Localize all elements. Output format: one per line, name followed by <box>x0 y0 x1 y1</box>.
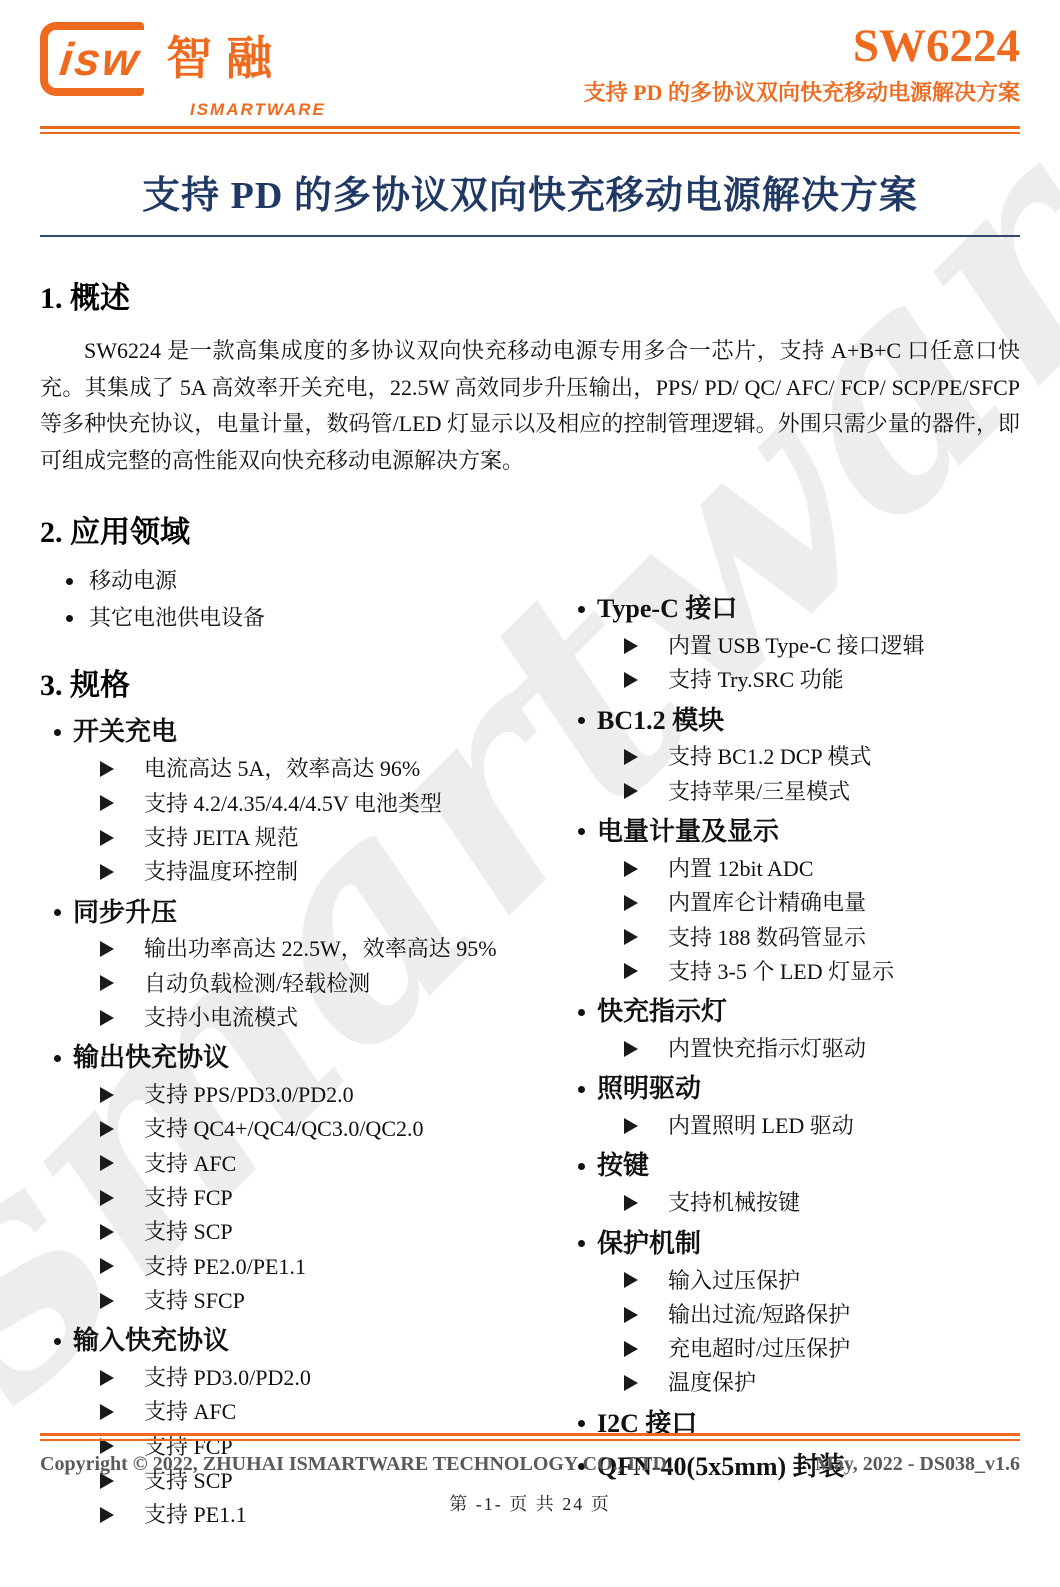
arrow-bullet-icon <box>624 1041 638 1057</box>
application-item-label: 其它电池供电设备 <box>89 606 265 630</box>
arrow-bullet-icon <box>100 1224 114 1240</box>
spec-item: 支持 4.2/4.35/4.4/4.5V 电池类型 <box>40 791 564 816</box>
dot-bullet-icon <box>578 1240 585 1247</box>
spec-item: 支持 AFC <box>40 1151 564 1176</box>
spec-item: 支持 Try.SRC 功能 <box>564 667 1020 692</box>
dot-bullet-icon <box>54 729 61 736</box>
ismartware-logo: isw 智融 ISMARTWARE <box>40 22 326 120</box>
divider-line-thick <box>40 1433 1020 1436</box>
spec-group-title-label: 按键 <box>597 1151 649 1181</box>
spec-group: 同步升压输出功率高达 22.5W，效率高达 95%自动负载检测/轻载检测支持小电… <box>40 898 564 1031</box>
spec-group-title: 同步升压 <box>40 898 564 928</box>
page-footer: Copyright © 2022, ZHUHAI ISMARTWARE TECH… <box>0 1433 1060 1528</box>
spec-item: 温度保护 <box>564 1370 1020 1395</box>
arrow-bullet-icon <box>100 1293 114 1309</box>
dot-bullet-icon <box>66 578 73 585</box>
spec-group: Type-C 接口内置 USB Type-C 接口逻辑支持 Try.SRC 功能 <box>564 594 1020 692</box>
arrow-bullet-icon <box>624 1375 638 1391</box>
two-column-layout: 2. 应用领域 移动电源其它电池供电设备 3. 规格 开关充电电流高达 5A，效… <box>40 493 1020 1528</box>
title-divider <box>40 235 1020 237</box>
overview-heading: 1. 概述 <box>40 273 1020 317</box>
spec-item: 支持温度环控制 <box>40 859 564 884</box>
spec-group: 输出快充协议支持 PPS/PD3.0/PD2.0支持 QC4+/QC4/QC3.… <box>40 1043 564 1313</box>
spec-item-label: 温度保护 <box>668 1370 756 1395</box>
spec-item: 支持 PD3.0/PD2.0 <box>40 1365 564 1390</box>
spec-item-label: 内置快充指示灯驱动 <box>668 1036 866 1061</box>
applications-heading: 2. 应用领域 <box>40 507 564 551</box>
divider-line-thin <box>40 132 1020 134</box>
spec-item-label: 支持 QC4+/QC4/QC3.0/QC2.0 <box>144 1116 424 1141</box>
spec-item-label: 支持 SFCP <box>144 1288 245 1313</box>
arrow-bullet-icon <box>624 1307 638 1323</box>
spec-item: 电流高达 5A，效率高达 96% <box>40 756 564 781</box>
spec-item-label: 支持苹果/三星模式 <box>668 779 850 804</box>
spec-item: 支持小电流模式 <box>40 1005 564 1030</box>
application-item: 移动电源 <box>40 569 564 593</box>
arrow-bullet-icon <box>624 783 638 799</box>
dot-bullet-icon <box>54 909 61 916</box>
spec-item: 自动负载检测/轻载检测 <box>40 971 564 996</box>
spec-item-label: 支持 PD3.0/PD2.0 <box>144 1365 311 1390</box>
overview-paragraph: SW6224 是一款高集成度的多协议双向快充移动电源专用多合一芯片，支持 A+B… <box>40 333 1020 479</box>
spec-item: 支持 AFC <box>40 1399 564 1424</box>
arrow-bullet-icon <box>624 1272 638 1288</box>
header-right: SW6224 支持 PD 的多协议双向快充移动电源解决方案 <box>584 22 1020 110</box>
spec-group-title-label: 同步升压 <box>73 898 177 928</box>
dot-bullet-icon <box>578 1086 585 1093</box>
arrow-bullet-icon <box>624 1195 638 1211</box>
application-item-label: 移动电源 <box>89 569 177 593</box>
spec-item: 内置 12bit ADC <box>564 856 1020 881</box>
spec-item-label: 内置 12bit ADC <box>668 856 813 881</box>
spec-item: 充电超时/过压保护 <box>564 1336 1020 1361</box>
spec-item-label: 支持 AFC <box>144 1151 236 1176</box>
application-item: 其它电池供电设备 <box>40 606 564 630</box>
spec-item-label: 输入过压保护 <box>668 1268 800 1293</box>
arrow-bullet-icon <box>100 1404 114 1420</box>
spec-group-title: 输入快充协议 <box>40 1326 564 1356</box>
spec-group-title: 电量计量及显示 <box>564 817 1020 847</box>
spec-group-title-label: 输入快充协议 <box>73 1326 229 1356</box>
spec-group-title: 保护机制 <box>564 1229 1020 1259</box>
arrow-bullet-icon <box>100 830 114 846</box>
document-title: 支持 PD 的多协议双向快充移动电源解决方案 <box>40 164 1020 219</box>
spec-item-label: 内置 USB Type-C 接口逻辑 <box>668 633 925 658</box>
spec-group: 电量计量及显示内置 12bit ADC内置库仑计精确电量支持 188 数码管显示… <box>564 817 1020 984</box>
specs-right-groups: Type-C 接口内置 USB Type-C 接口逻辑支持 Try.SRC 功能… <box>564 594 1020 1481</box>
page-header: isw 智融 ISMARTWARE SW6224 支持 PD 的多协议双向快充移… <box>0 0 1060 120</box>
left-column: 2. 应用领域 移动电源其它电池供电设备 3. 规格 开关充电电流高达 5A，效… <box>40 493 564 1528</box>
spec-item-label: 支持 FCP <box>144 1185 233 1210</box>
spec-group: BC1.2 模块支持 BC1.2 DCP 模式支持苹果/三星模式 <box>564 706 1020 804</box>
spec-item-label: 支持温度环控制 <box>144 859 298 884</box>
specs-heading: 3. 规格 <box>40 660 564 704</box>
spec-item-label: 充电超时/过压保护 <box>668 1336 850 1361</box>
spec-item-label: 内置照明 LED 驱动 <box>668 1113 854 1138</box>
arrow-bullet-icon <box>624 963 638 979</box>
spec-group-title-label: 快充指示灯 <box>597 997 727 1027</box>
arrow-bullet-icon <box>624 1118 638 1134</box>
spec-group-title-label: 开关充电 <box>73 717 177 747</box>
dot-bullet-icon <box>578 1420 585 1427</box>
arrow-bullet-icon <box>100 864 114 880</box>
spec-item-label: 支持 3-5 个 LED 灯显示 <box>668 959 894 984</box>
dot-bullet-icon <box>578 606 585 613</box>
dot-bullet-icon <box>54 1338 61 1345</box>
divider-line-thin <box>40 1439 1020 1441</box>
spec-item-label: 支持小电流模式 <box>144 1005 298 1030</box>
dot-bullet-icon <box>66 615 73 622</box>
spec-group-title: 快充指示灯 <box>564 997 1020 1027</box>
spec-item-label: 内置库仑计精确电量 <box>668 890 866 915</box>
spec-group-title-label: 保护机制 <box>597 1229 701 1259</box>
spec-group: 按键支持机械按键 <box>564 1151 1020 1215</box>
copyright-text: Copyright © 2022, ZHUHAI ISMARTWARE TECH… <box>40 1453 672 1476</box>
arrow-bullet-icon <box>624 1341 638 1357</box>
spec-item: 内置 USB Type-C 接口逻辑 <box>564 633 1020 658</box>
spec-item-label: 支持 AFC <box>144 1399 236 1424</box>
spec-group-title-label: Type-C 接口 <box>597 594 737 624</box>
spec-item: 输出功率高达 22.5W，效率高达 95% <box>40 936 564 961</box>
spec-group-title: BC1.2 模块 <box>564 706 1020 736</box>
spec-group-title: 按键 <box>564 1151 1020 1181</box>
spec-item: 支持 SCP <box>40 1219 564 1244</box>
spec-item: 支持 PE2.0/PE1.1 <box>40 1254 564 1279</box>
spec-item-label: 输出功率高达 22.5W，效率高达 95% <box>144 936 497 961</box>
spec-item-label: 支持 188 数码管显示 <box>668 925 866 950</box>
spec-group-title: 开关充电 <box>40 717 564 747</box>
dot-bullet-icon <box>54 1055 61 1062</box>
spec-item-label: 支持 PPS/PD3.0/PD2.0 <box>144 1082 354 1107</box>
arrow-bullet-icon <box>100 1155 114 1171</box>
header-divider <box>40 126 1020 134</box>
footer-divider <box>40 1433 1020 1441</box>
arrow-bullet-icon <box>100 941 114 957</box>
part-number: SW6224 <box>584 22 1020 71</box>
arrow-bullet-icon <box>100 1087 114 1103</box>
spec-item-label: 电流高达 5A，效率高达 96% <box>144 756 420 781</box>
specs-left-groups: 开关充电电流高达 5A，效率高达 96%支持 4.2/4.35/4.4/4.5V… <box>40 717 564 1527</box>
spec-item-label: 支持机械按键 <box>668 1190 800 1215</box>
arrow-bullet-icon <box>100 1258 114 1274</box>
spec-group: 快充指示灯内置快充指示灯驱动 <box>564 997 1020 1061</box>
page-indicator: 第 -1- 页 共 24 页 <box>40 1490 1020 1516</box>
arrow-bullet-icon <box>624 861 638 877</box>
logo-bracket-icon: isw <box>40 22 144 96</box>
spec-item: 支持 BC1.2 DCP 模式 <box>564 744 1020 769</box>
spec-item-label: 支持 4.2/4.35/4.4/4.5V 电池类型 <box>144 791 442 816</box>
applications-list: 移动电源其它电池供电设备 <box>40 569 564 630</box>
logo-english-name: ISMARTWARE <box>190 100 326 120</box>
arrow-bullet-icon <box>100 1010 114 1026</box>
dot-bullet-icon <box>578 1009 585 1016</box>
spec-item: 支持 188 数码管显示 <box>564 925 1020 950</box>
spec-group-title: 输出快充协议 <box>40 1043 564 1073</box>
spec-item: 支持 QC4+/QC4/QC3.0/QC2.0 <box>40 1116 564 1141</box>
spec-item: 支持苹果/三星模式 <box>564 779 1020 804</box>
section-overview: 1. 概述 SW6224 是一款高集成度的多协议双向快充移动电源专用多合一芯片，… <box>40 273 1020 479</box>
dot-bullet-icon <box>578 828 585 835</box>
spec-item-label: 支持 PE2.0/PE1.1 <box>144 1254 306 1279</box>
spec-item: 支持 FCP <box>40 1185 564 1210</box>
spec-item: 支持 SFCP <box>40 1288 564 1313</box>
spec-group-title-label: 照明驱动 <box>597 1074 701 1104</box>
arrow-bullet-icon <box>100 795 114 811</box>
logo-isw-text: isw <box>58 36 143 82</box>
spec-item-label: 支持 BC1.2 DCP 模式 <box>668 744 871 769</box>
right-column: Type-C 接口内置 USB Type-C 接口逻辑支持 Try.SRC 功能… <box>564 493 1020 1528</box>
spec-group-title: 照明驱动 <box>564 1074 1020 1104</box>
spec-item: 输入过压保护 <box>564 1268 1020 1293</box>
datasheet-page: ismartware isw 智融 ISMARTWARE SW6224 支持 P… <box>0 0 1060 1587</box>
spec-item-label: 自动负载检测/轻载检测 <box>144 971 370 996</box>
arrow-bullet-icon <box>624 895 638 911</box>
footer-row: Copyright © 2022, ZHUHAI ISMARTWARE TECH… <box>40 1453 1020 1476</box>
header-tagline: 支持 PD 的多协议双向快充移动电源解决方案 <box>584 76 1020 110</box>
arrow-bullet-icon <box>100 1190 114 1206</box>
arrow-bullet-icon <box>100 761 114 777</box>
dot-bullet-icon <box>578 1163 585 1170</box>
arrow-bullet-icon <box>100 1121 114 1137</box>
spec-item: 支持 3-5 个 LED 灯显示 <box>564 959 1020 984</box>
spec-group-title-label: BC1.2 模块 <box>597 706 724 736</box>
arrow-bullet-icon <box>624 638 638 654</box>
logo-chinese-name: 智融 <box>166 36 286 82</box>
doc-version: May, 2022 - DS038_v1.6 <box>815 1453 1020 1476</box>
logo-row: isw 智融 <box>40 22 326 96</box>
spec-item: 支持机械按键 <box>564 1190 1020 1215</box>
spec-group-title-label: 输出快充协议 <box>73 1043 229 1073</box>
spec-item: 支持 JEITA 规范 <box>40 825 564 850</box>
divider-line-thick <box>40 126 1020 129</box>
spec-group: 开关充电电流高达 5A，效率高达 96%支持 4.2/4.35/4.4/4.5V… <box>40 717 564 884</box>
arrow-bullet-icon <box>100 975 114 991</box>
spec-item: 内置照明 LED 驱动 <box>564 1113 1020 1138</box>
spec-item-label: 支持 Try.SRC 功能 <box>668 667 844 692</box>
arrow-bullet-icon <box>100 1370 114 1386</box>
arrow-bullet-icon <box>624 749 638 765</box>
spec-item: 输出过流/短路保护 <box>564 1302 1020 1327</box>
spec-item-label: 输出过流/短路保护 <box>668 1302 850 1327</box>
spec-group-title: Type-C 接口 <box>564 594 1020 624</box>
spec-item-label: 支持 SCP <box>144 1219 233 1244</box>
spec-item: 内置库仑计精确电量 <box>564 890 1020 915</box>
arrow-bullet-icon <box>624 929 638 945</box>
spec-group: 保护机制输入过压保护输出过流/短路保护充电超时/过压保护温度保护 <box>564 1229 1020 1396</box>
spec-item-label: 支持 JEITA 规范 <box>144 825 299 850</box>
arrow-bullet-icon <box>624 672 638 688</box>
dot-bullet-icon <box>578 717 585 724</box>
spec-group: 照明驱动内置照明 LED 驱动 <box>564 1074 1020 1138</box>
spec-item: 支持 PPS/PD3.0/PD2.0 <box>40 1082 564 1107</box>
spec-group-title-label: 电量计量及显示 <box>597 817 779 847</box>
spec-item: 内置快充指示灯驱动 <box>564 1036 1020 1061</box>
